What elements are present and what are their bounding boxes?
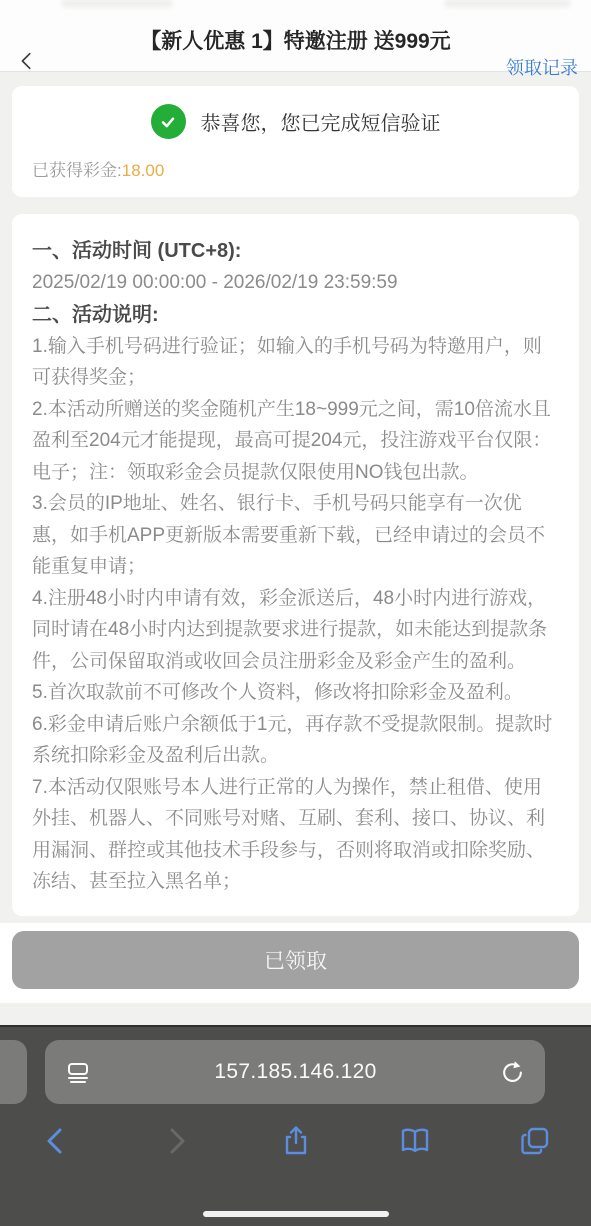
- address-bar[interactable]: 157.185.146.120: [45, 1040, 545, 1104]
- activity-rules-card: 一、活动时间 (UTC+8): 2025/02/19 00:00:00 - 20…: [12, 214, 579, 916]
- browser-toolbar: [0, 1125, 591, 1157]
- status-indicators-smudge: [445, 0, 570, 7]
- url-text[interactable]: 157.185.146.120: [91, 1060, 500, 1084]
- rule-item: 1.输入手机号码进行验证；如输入的手机号码为特邀用户，则可获得奖金；: [32, 331, 559, 394]
- bonus-label: 已获得彩金:: [32, 161, 122, 180]
- bonus-amount: 18.00: [122, 161, 165, 180]
- reload-icon[interactable]: [500, 1060, 525, 1085]
- rule-item: 3.会员的IP地址、姓名、银行卡、手机号码只能享有一次优惠，如手机APP更新版本…: [32, 488, 559, 583]
- bonus-row: 已获得彩金:18.00: [32, 156, 559, 181]
- activity-description-heading: 二、活动说明:: [32, 299, 559, 331]
- page-header: 【新人优惠 1】特邀注册 送999元 领取记录: [0, 14, 591, 72]
- success-message: 恭喜您，您已完成短信验证: [201, 107, 441, 136]
- claimed-button[interactable]: 已领取: [12, 931, 579, 989]
- chevron-forward-icon: [160, 1125, 192, 1157]
- bookmarks-icon[interactable]: [399, 1125, 431, 1157]
- reader-icon[interactable]: [65, 1059, 91, 1085]
- activity-period: 2025/02/19 00:00:00 - 2026/02/19 23:59:5…: [32, 267, 559, 299]
- share-icon[interactable]: [280, 1125, 312, 1157]
- claim-footer: 已领取: [0, 923, 591, 1003]
- address-bar-row: 157.185.146.120: [0, 1040, 591, 1104]
- rule-item: 4.注册48小时内申请有效，彩金派送后，48小时内进行游戏，同时请在48小时内达…: [32, 583, 559, 678]
- status-time-smudge: [62, 0, 172, 7]
- chevron-back-icon[interactable]: [40, 1125, 72, 1157]
- rule-item: 7.本活动仅限账号本人进行正常的人为操作，禁止租借、使用外挂、机器人、不同账号对…: [32, 772, 559, 898]
- rule-item: 5.首次取款前不可修改个人资料，修改将扣除彩金及盈利。: [32, 677, 559, 709]
- home-indicator[interactable]: [203, 1211, 389, 1217]
- adjacent-tab-sliver[interactable]: [0, 1040, 27, 1104]
- rule-item: 2.本活动所赠送的奖金随机产生18~999元之间，需10倍流水且盈利至204元才…: [32, 394, 559, 489]
- safari-bottom-bar: 157.185.146.120: [0, 1025, 591, 1226]
- sms-verified-card: 恭喜您，您已完成短信验证 已获得彩金:18.00: [12, 86, 579, 197]
- claim-records-link[interactable]: 领取记录: [506, 54, 578, 80]
- tabs-icon[interactable]: [519, 1125, 551, 1157]
- activity-time-heading: 一、活动时间 (UTC+8):: [32, 235, 559, 267]
- rule-item: 6.彩金申请后账户余额低于1元，再存款不受提款限制。提款时系统扣除彩金及盈利后出…: [32, 709, 559, 772]
- back-icon[interactable]: [16, 50, 38, 72]
- page-title: 【新人优惠 1】特邀注册 送999元: [110, 26, 482, 57]
- status-bar-remnant: [0, 0, 591, 14]
- check-circle-icon: [151, 104, 186, 139]
